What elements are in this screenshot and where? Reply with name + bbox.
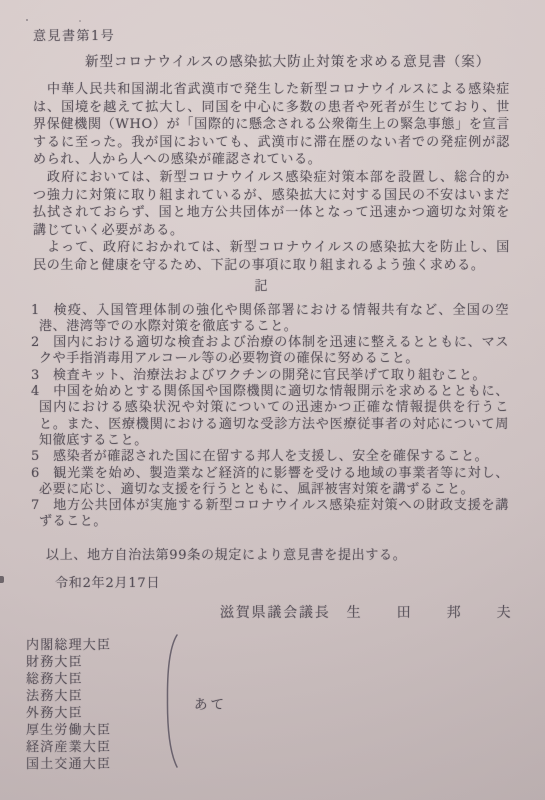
signer-office: 滋賀県議会議長 — [220, 605, 331, 622]
item-text: 地方公共団体が実施する新型コロナウイルス感染症対策への財政支援を講ずること。 — [39, 498, 509, 529]
document-date: 令和2年2月17日 — [55, 575, 545, 592]
paragraph: よって、政府におかれては、新型コロナウイルスの感染拡大を防止し、国民の生命と健康… — [33, 239, 510, 274]
recipient-minister: 経済産業大臣 — [26, 739, 545, 756]
closing-statement: 以上、地方自治法第99条の規定により意見書を提出する。 — [33, 547, 510, 564]
item-text: 検疫、入国管理体制の強化や関係部署における情報共有など、全国の空港、港湾等での水… — [39, 303, 509, 334]
item-number: 3 — [31, 368, 53, 384]
recipient-minister: 総務大臣 — [26, 671, 545, 688]
record-marker: 記 — [0, 278, 523, 295]
paper-speck — [26, 19, 28, 21]
list-item: 5感染者が確認された国に在留する邦人を支援し、安全を確保すること。 — [31, 449, 509, 465]
item-number: 1 — [31, 303, 53, 319]
recipient-minister: 国土交通大臣 — [26, 756, 545, 773]
item-number: 5 — [31, 449, 53, 465]
item-number: 6 — [31, 466, 53, 482]
recipient-minister: 法務大臣 — [26, 688, 545, 705]
recipient-suffix: あて — [194, 693, 227, 713]
doc-number: 意見書第1号 — [33, 28, 545, 45]
list-item: 2国内における適切な検査および治療の体制を迅速に整えるとともに、マスクや手指消毒… — [31, 335, 509, 368]
document-body: 中華人民共和国湖北省武漢市で発生した新型コロナウイルスによる感染症は、国境を越え… — [33, 81, 510, 275]
list-item: 4中国を始めとする関係国や国際機関に適切な情報開示を求めるとともに、国内における… — [31, 384, 509, 449]
document-page: 意見書第1号 新型コロナウイルスの感染拡大防止対策を求める意見書（案） 中華人民… — [0, 0, 545, 800]
paragraph: 政府においては、新型コロナウイルス感染症対策本部を設置し、総合的かつ強力に対策に… — [33, 169, 510, 239]
item-number: 7 — [31, 498, 53, 514]
recipient-minister: 外務大臣 — [26, 705, 545, 722]
item-number: 4 — [31, 384, 53, 400]
photo-edge-artifact — [0, 576, 4, 583]
document-title: 新型コロナウイルスの感染拡大防止対策を求める意見書（案） — [85, 54, 545, 71]
item-number: 2 — [31, 335, 53, 351]
recipient-minister: 内閣総理大臣 — [26, 637, 545, 654]
item-text: 観光業を始め、製造業など経済的に影響を受ける地域の事業者等に対し、必要に応じ、適… — [39, 466, 509, 497]
request-list: 1検疫、入国管理体制の強化や関係部署における情報共有など、全国の空港、港湾等での… — [31, 303, 509, 531]
list-item: 6観光業を始め、製造業など経済的に影響を受ける地域の事業者等に対し、必要に応じ、… — [31, 466, 509, 499]
list-item: 1検疫、入国管理体制の強化や関係部署における情報共有など、全国の空港、港湾等での… — [31, 303, 509, 336]
recipient-minister: 厚生労働大臣 — [26, 722, 545, 739]
signer-name: 生 田 邦 夫 — [347, 605, 522, 622]
item-text: 感染者が確認された国に在留する邦人を支援し、安全を確保すること。 — [53, 449, 488, 464]
recipient-bracket-icon — [163, 633, 181, 769]
recipients-block: 内閣総理大臣 財務大臣 総務大臣 法務大臣 外務大臣 厚生労働大臣 経済産業大臣… — [26, 637, 545, 787]
item-text: 中国を始めとする関係国や国際機関に適切な情報開示を求めるとともに、国内における感… — [39, 384, 509, 448]
signature-line: 滋賀県議会議長 生 田 邦 夫 — [220, 605, 545, 622]
paper-speck — [79, 20, 81, 22]
item-text: 国内における適切な検査および治療の体制を迅速に整えるとともに、マスクや手指消毒用… — [39, 335, 509, 366]
paragraph: 中華人民共和国湖北省武漢市で発生した新型コロナウイルスによる感染症は、国境を越え… — [33, 81, 510, 169]
list-item: 7地方公共団体が実施する新型コロナウイルス感染症対策への財政支援を講ずること。 — [31, 498, 509, 531]
item-text: 検査キット、治療法およびワクチンの開発に官民挙げて取り組むこと。 — [53, 368, 486, 383]
recipient-minister: 財務大臣 — [26, 654, 545, 671]
list-item: 3検査キット、治療法およびワクチンの開発に官民挙げて取り組むこと。 — [31, 368, 509, 384]
